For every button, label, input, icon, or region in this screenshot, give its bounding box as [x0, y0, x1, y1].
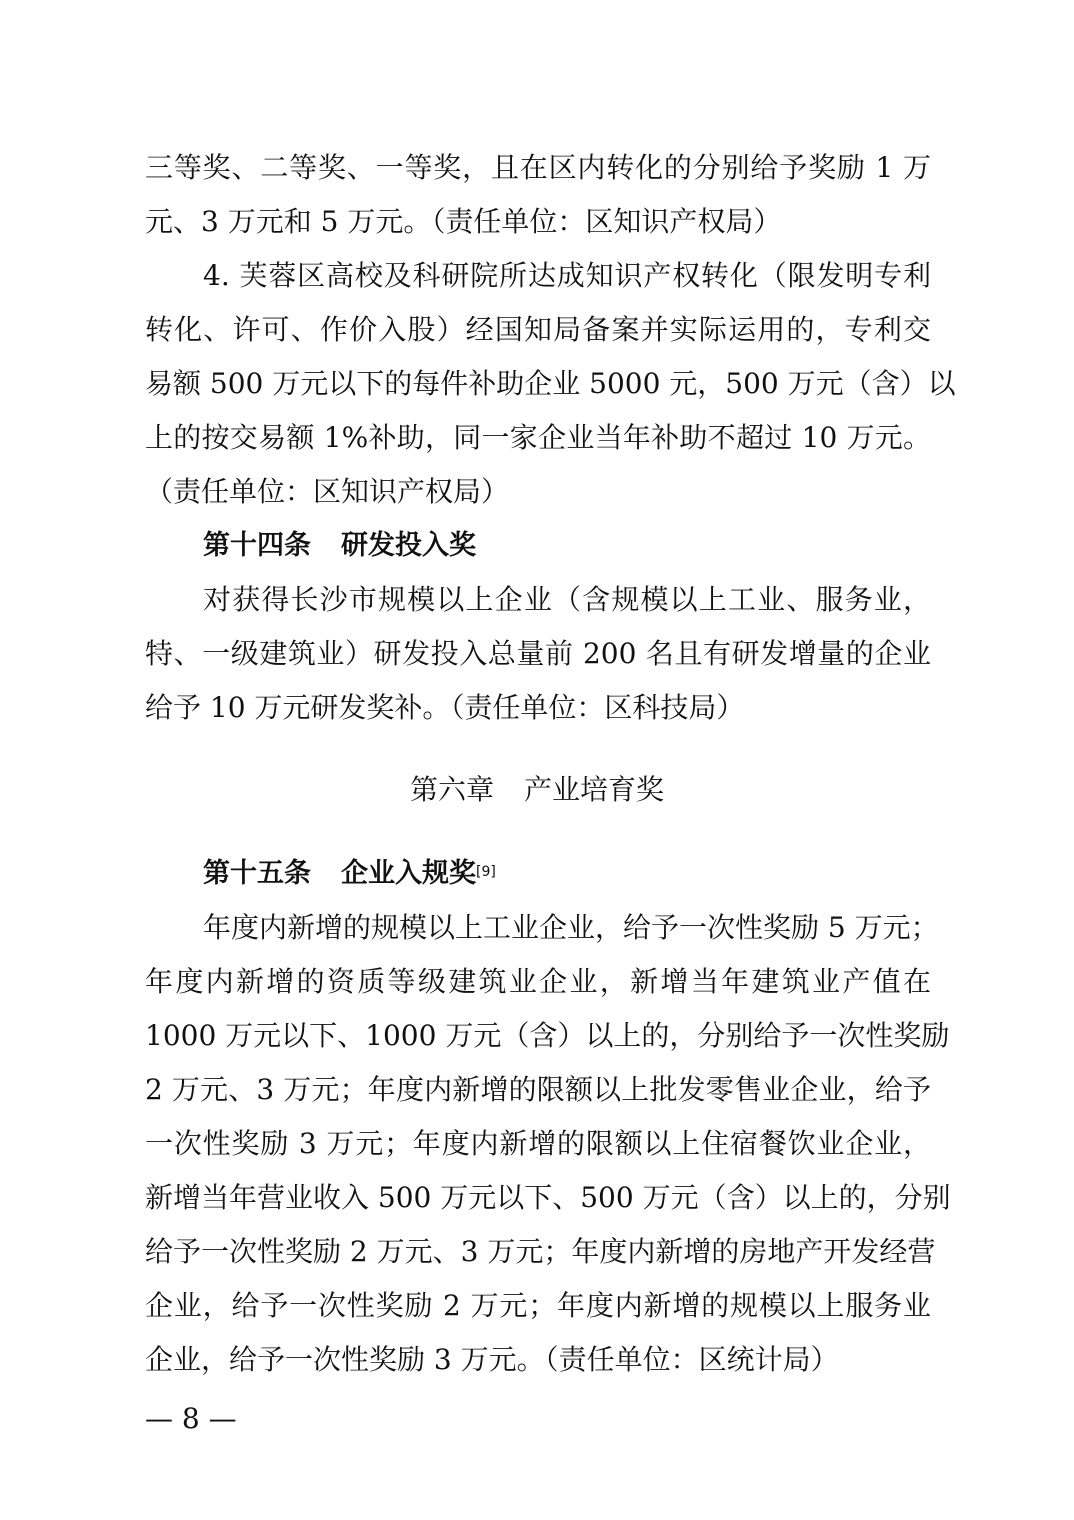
article-heading-15: 第十五条企业入规奖[9]: [203, 857, 496, 891]
paragraph-line: 易额 500 万元以下的每件补助企业 5000 元，500 万元（含）以: [145, 367, 931, 401]
paragraph-line: 特、一级建筑业）研发投入总量前 200 名且有研发增量的企业: [145, 637, 931, 671]
paragraph-line: 给予一次性奖励 2 万元、3 万元；年度内新增的房地产开发经营: [145, 1235, 931, 1269]
article-title: 企业入规奖: [341, 858, 476, 889]
article-heading-14: 第十四条研发投入奖: [203, 529, 476, 563]
paragraph-line: 企业，给予一次性奖励 2 万元；年度内新增的规模以上服务业: [145, 1289, 931, 1323]
paragraph-line: 企业，给予一次性奖励 3 万元。（责任单位：区统计局）: [145, 1343, 931, 1377]
article-number: 第十五条: [203, 858, 311, 889]
paragraph-line: 一次性奖励 3 万元；年度内新增的限额以上住宿餐饮业企业，: [145, 1127, 931, 1161]
paragraph-line: 1000 万元以下、1000 万元（含）以上的，分别给予一次性奖励: [145, 1019, 931, 1053]
paragraph-line: 年度内新增的资质等级建筑业企业，新增当年建筑业产值在: [145, 965, 931, 999]
paragraph-line: 新增当年营业收入 500 万元以下、500 万元（含）以上的，分别: [145, 1181, 931, 1215]
article-number: 第十四条: [203, 530, 311, 561]
paragraph-line: 年度内新增的规模以上工业企业，给予一次性奖励 5 万元；: [203, 911, 931, 945]
paragraph-line: 4. 芙蓉区高校及科研院所达成知识产权转化（限发明专利: [203, 259, 931, 293]
paragraph-line: （责任单位：区知识产权局）: [145, 475, 931, 509]
chapter-heading: 第六章产业培育奖: [0, 773, 1074, 807]
paragraph-line: 上的按交易额 1%补助，同一家企业当年补助不超过 10 万元。: [145, 421, 931, 455]
paragraph-line: 对获得长沙市规模以上企业（含规模以上工业、服务业，: [203, 583, 931, 617]
paragraph-line: 转化、许可、作价入股）经国知局备案并实际运用的，专利交: [145, 313, 931, 347]
paragraph-line: 三等奖、二等奖、一等奖，且在区内转化的分别给予奖励 1 万: [145, 151, 931, 185]
page-number: — 8 —: [145, 1402, 237, 1436]
chapter-number: 第六章: [410, 773, 494, 806]
paragraph-line: 2 万元、3 万元；年度内新增的限额以上批发零售业企业，给予: [145, 1073, 931, 1107]
chapter-title: 产业培育奖: [524, 773, 664, 806]
article-title: 研发投入奖: [341, 530, 476, 561]
paragraph-line: 给予 10 万元研发奖补。（责任单位：区科技局）: [145, 691, 931, 725]
footnote-ref[interactable]: [9]: [476, 864, 496, 880]
paragraph-line: 元、3 万元和 5 万元。（责任单位：区知识产权局）: [145, 205, 931, 239]
